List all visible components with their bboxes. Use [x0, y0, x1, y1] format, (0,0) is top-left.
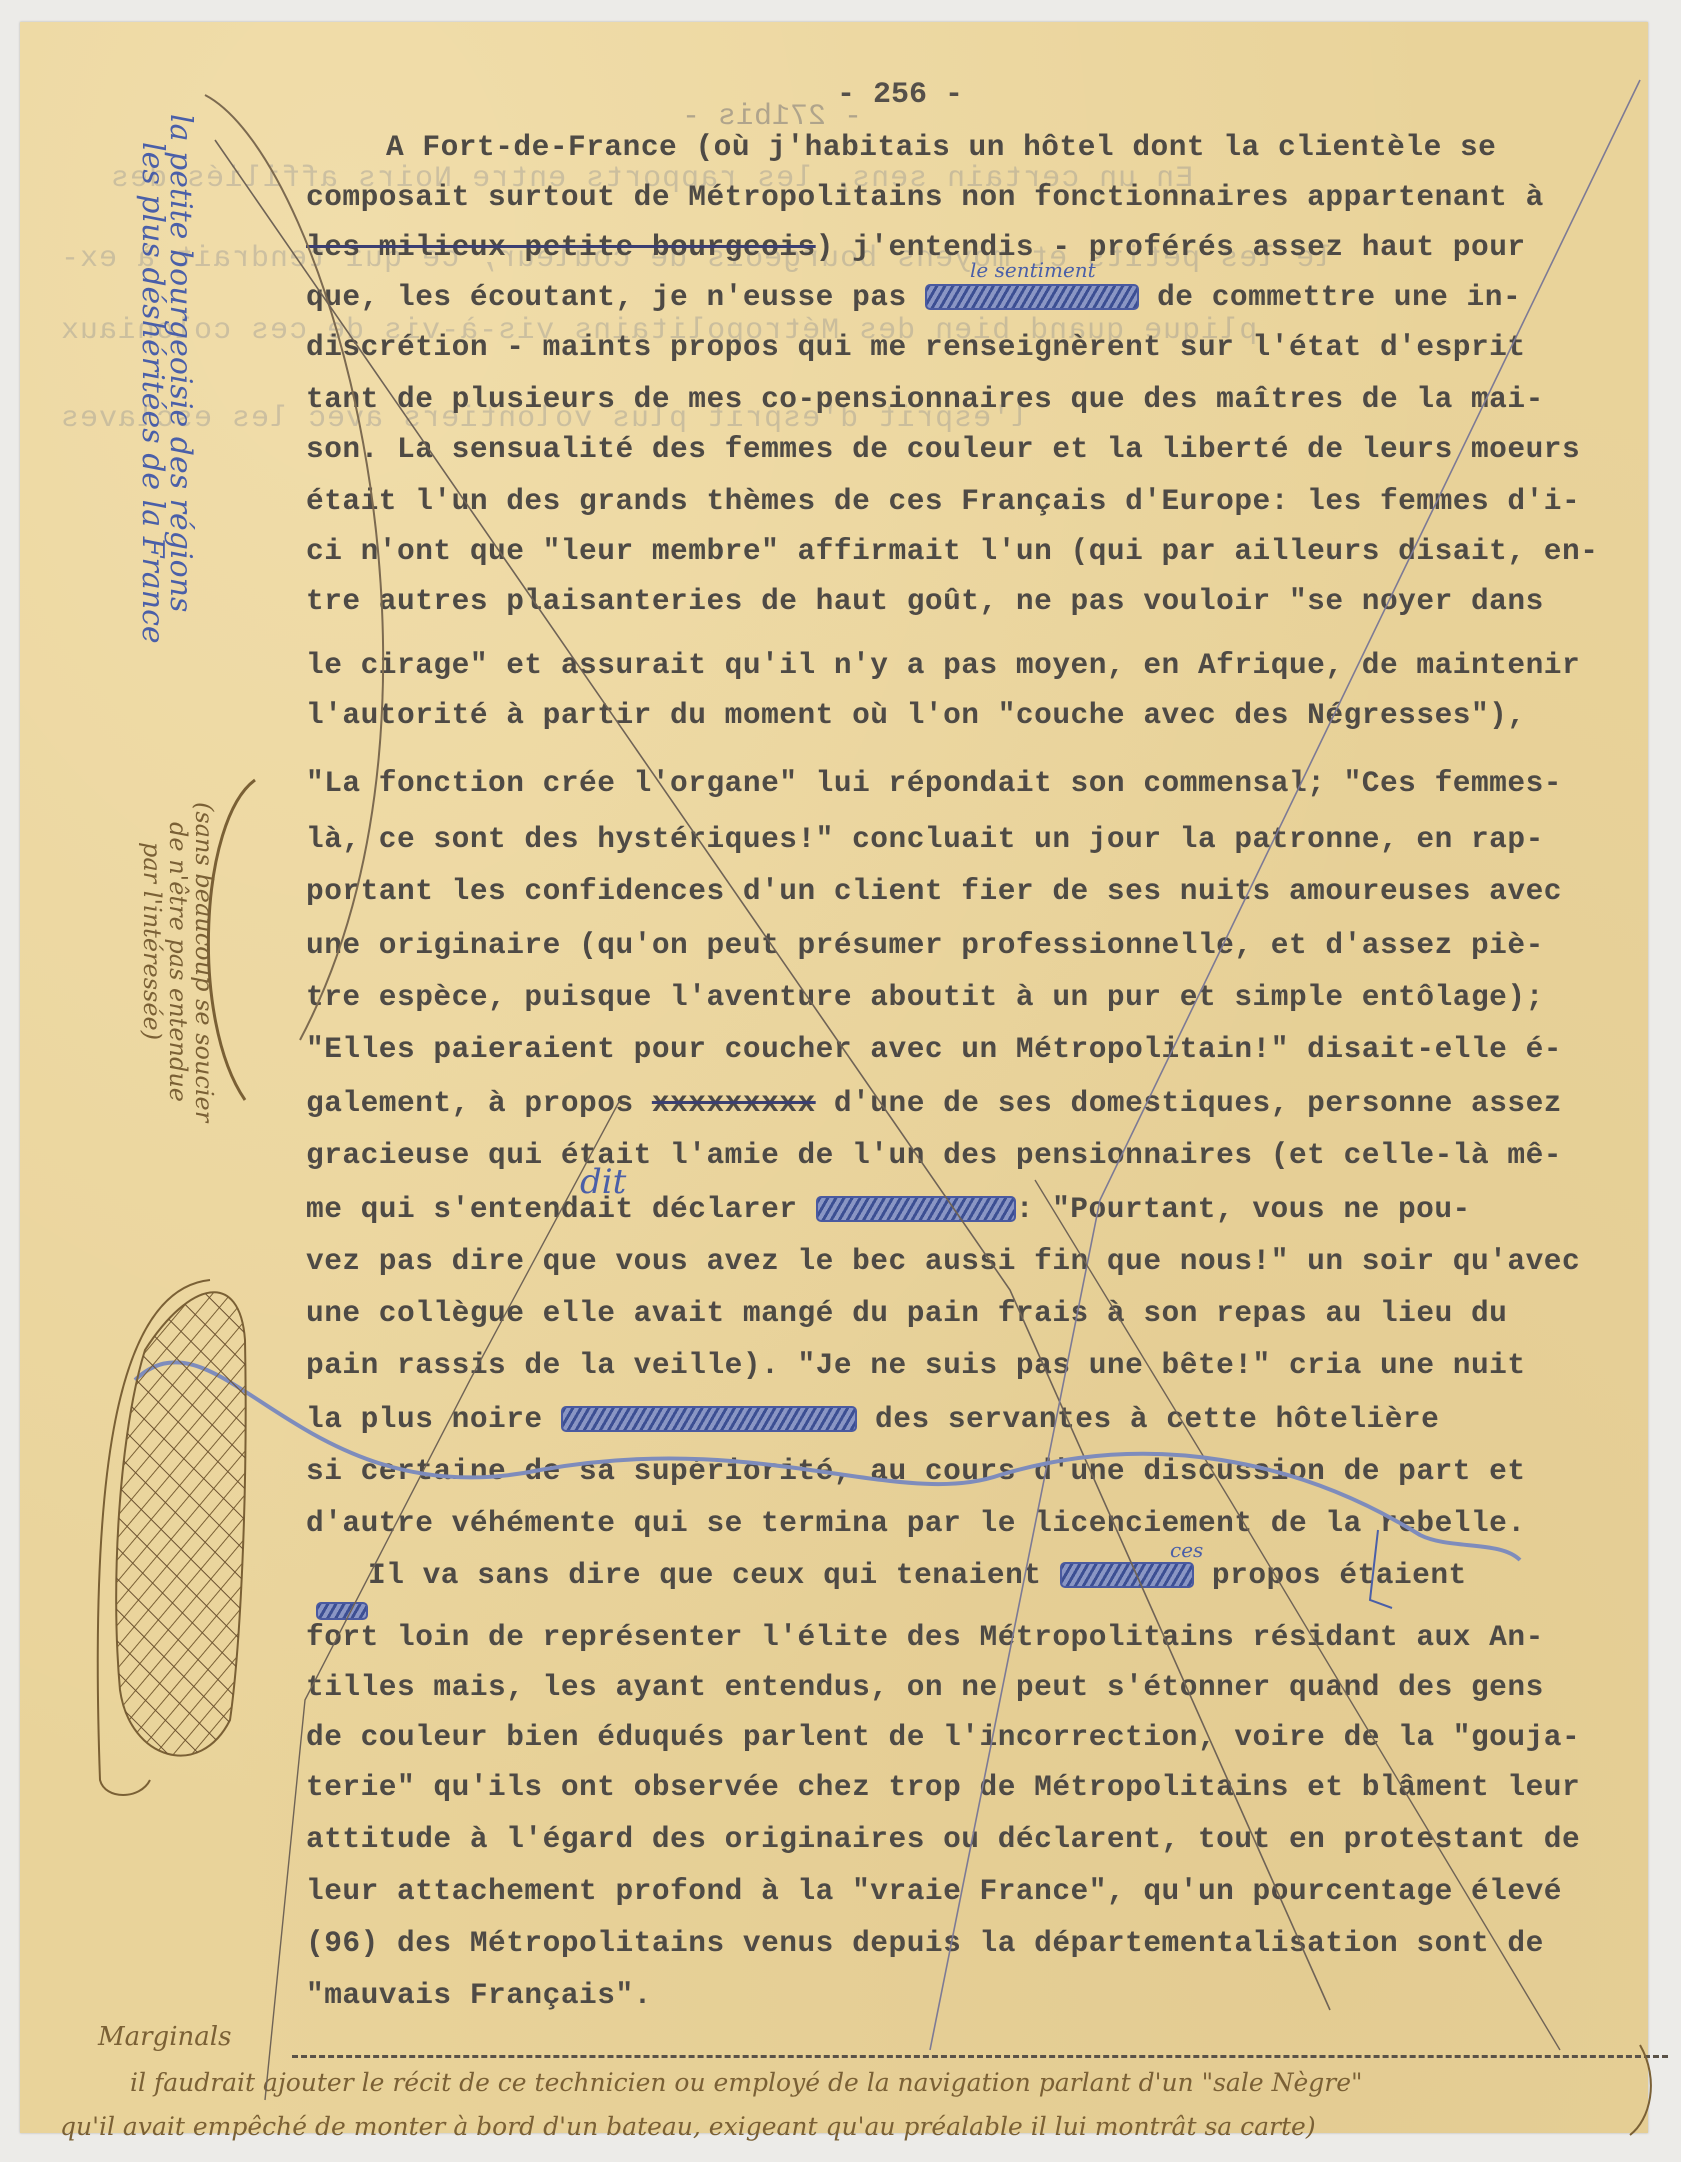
pen-strokes-overlay	[0, 0, 1681, 2162]
blue-bracket	[1370, 1530, 1392, 1608]
pencil-stroke	[215, 140, 1330, 2010]
brown-paren	[1630, 2045, 1651, 2135]
pencil-stroke	[930, 80, 1640, 2050]
pencil-stroke	[205, 95, 383, 1040]
brown-bracket	[208, 780, 255, 1100]
pencil-stroke	[265, 1100, 620, 2100]
pencil-stroke	[1035, 1180, 1560, 2050]
blue-pen-line	[135, 1362, 1520, 1560]
